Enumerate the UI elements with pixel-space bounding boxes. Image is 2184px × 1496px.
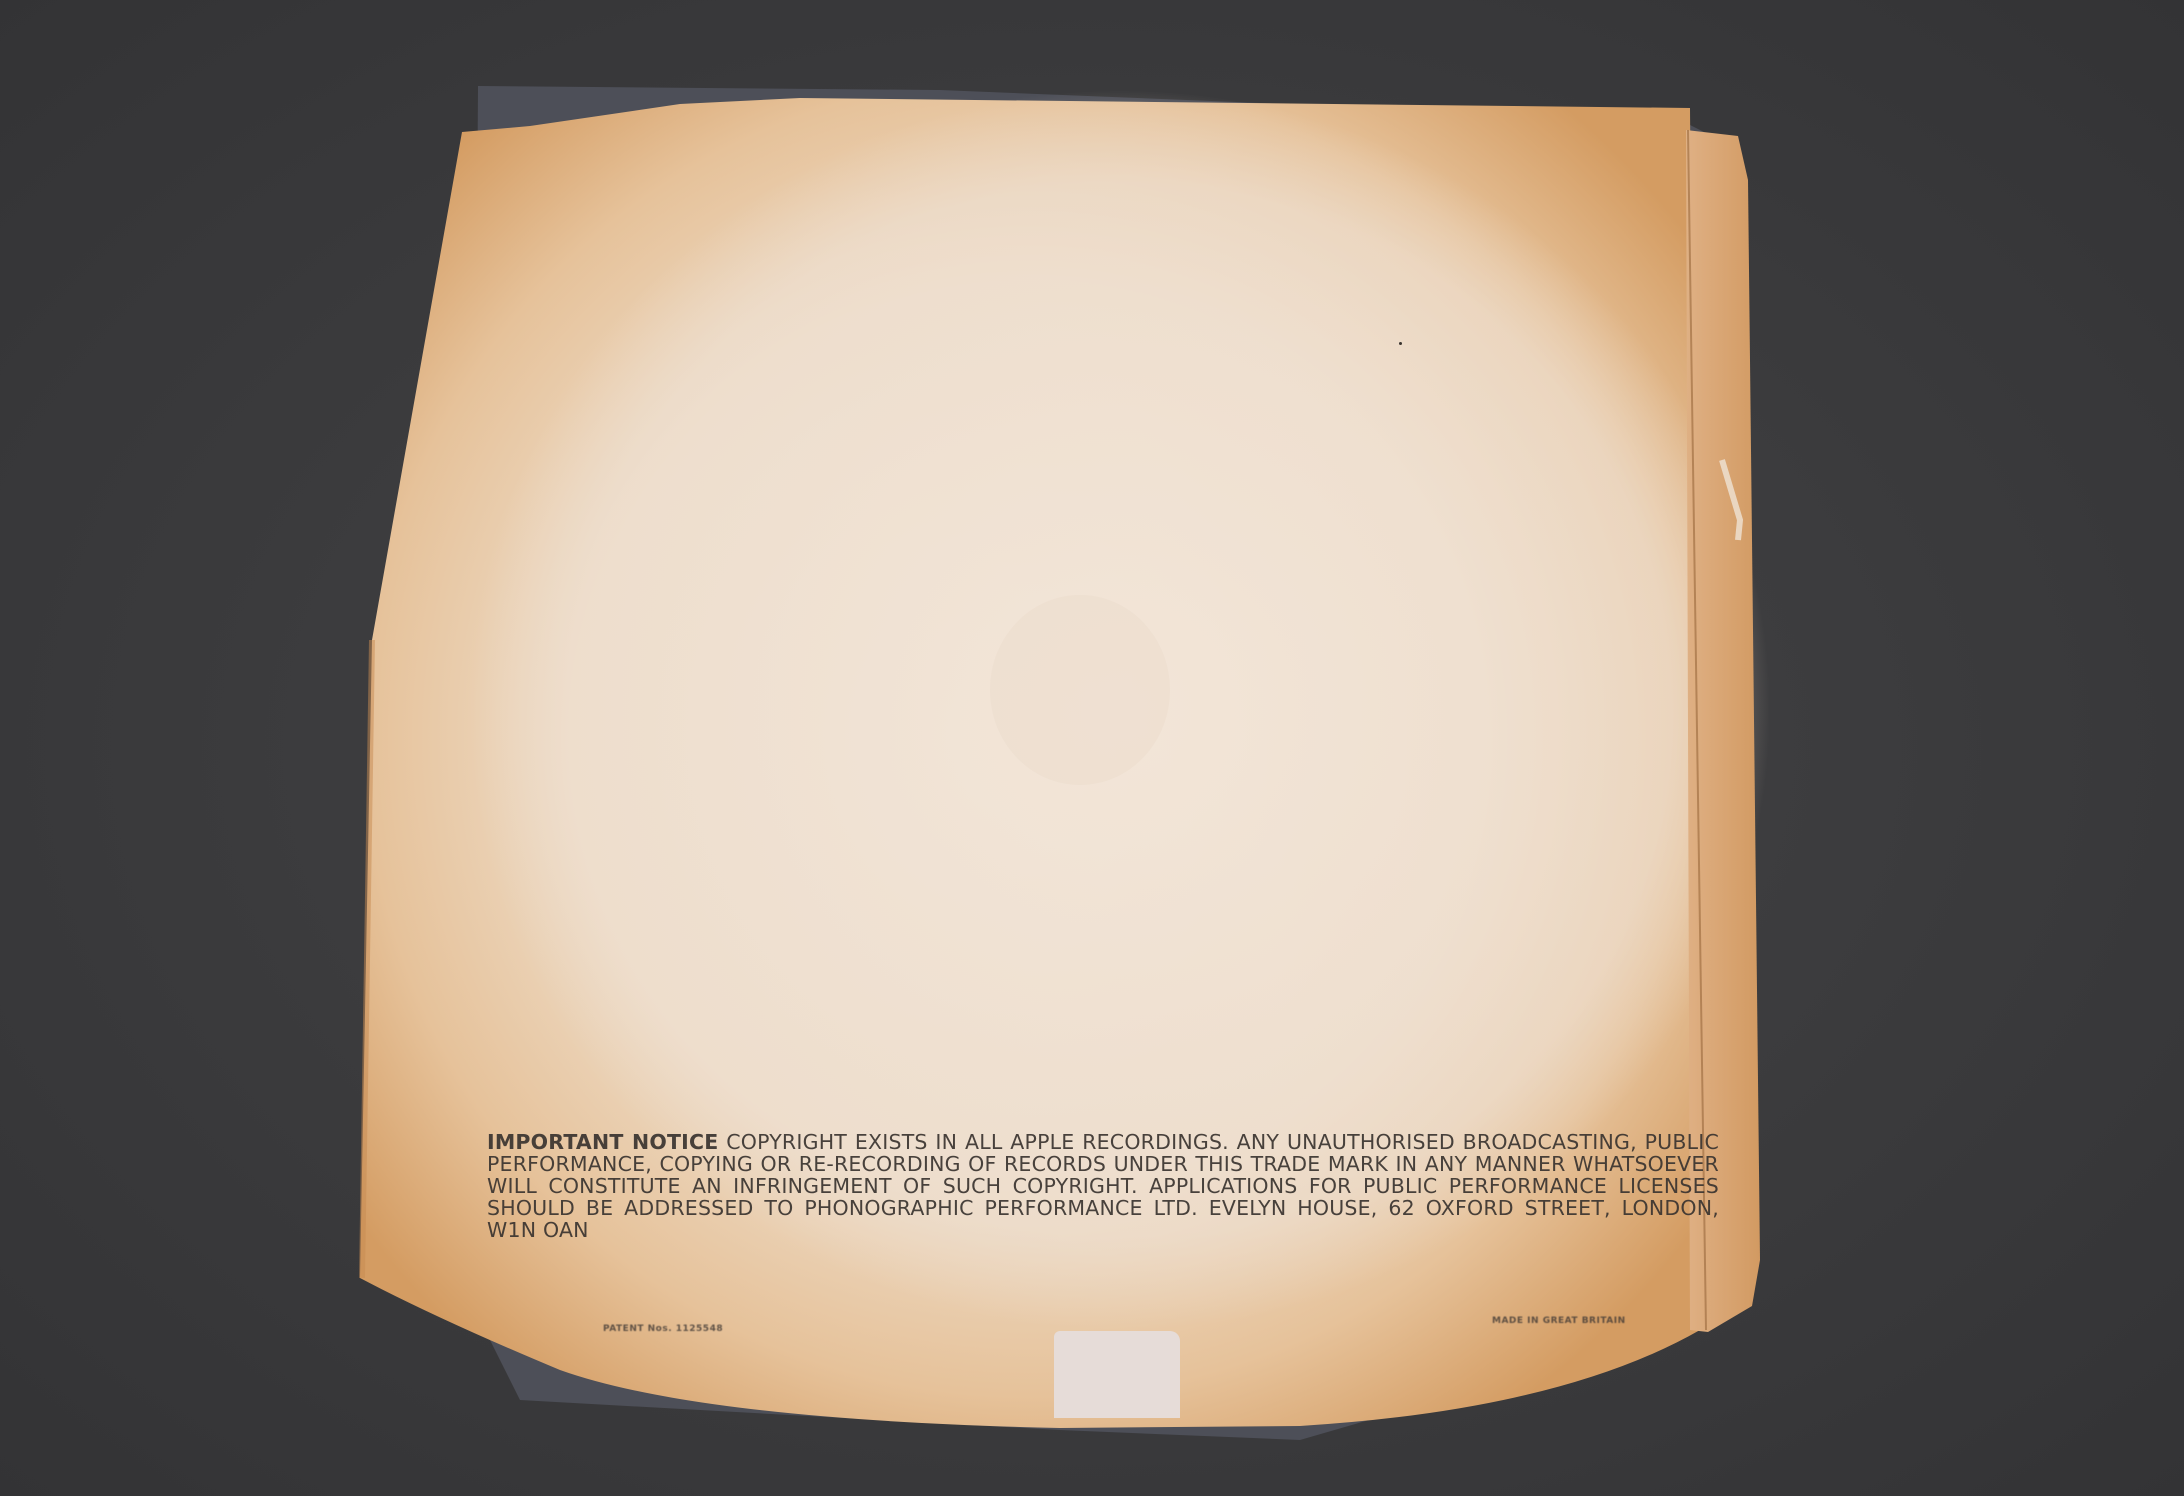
dust-speck <box>1399 342 1402 345</box>
made-in-label: MADE IN GREAT BRITAIN <box>1492 1316 1626 1326</box>
patent-number: PATENT Nos. 1125548 <box>603 1324 723 1334</box>
notice-heading: IMPORTANT NOTICE <box>487 1130 718 1154</box>
copyright-notice: IMPORTANT NOTICE COPYRIGHT EXISTS IN ALL… <box>487 1131 1719 1241</box>
photo-stage: IMPORTANT NOTICE COPYRIGHT EXISTS IN ALL… <box>0 0 2184 1496</box>
record-sleeve-graphic <box>0 0 2184 1496</box>
sleeve-tab <box>1054 1331 1180 1418</box>
